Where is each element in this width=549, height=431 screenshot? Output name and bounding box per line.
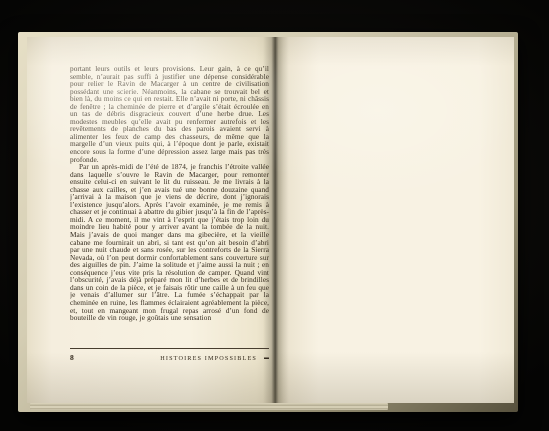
footer-rule xyxy=(70,348,269,349)
right-page: de bien-être qu’une meilleure chère et u… xyxy=(276,37,514,403)
page-spread: portant leurs outils et leurs provisions… xyxy=(27,37,514,403)
open-book: portant leurs outils et leurs provisions… xyxy=(18,32,518,412)
left-page-footer: 8 HISTOIRES IMPOSSIBLES▬ xyxy=(70,348,269,362)
running-head: HISTOIRES IMPOSSIBLES▬ xyxy=(160,355,269,362)
footer-ornament-icon: ▬ xyxy=(264,356,269,361)
photo-background: portant leurs outils et leurs provisions… xyxy=(0,0,549,431)
paragraph: Par un après-midi de l’été de 1874, je f… xyxy=(70,163,269,321)
page-number: 8 xyxy=(70,353,74,362)
paragraph: portant leurs outils et leurs provisions… xyxy=(70,65,269,163)
left-page-text: portant leurs outils et leurs provisions… xyxy=(70,65,269,347)
left-page: portant leurs outils et leurs provisions… xyxy=(27,37,276,403)
running-head-text: HISTOIRES IMPOSSIBLES xyxy=(160,355,257,362)
page-stack-edge xyxy=(30,403,388,410)
